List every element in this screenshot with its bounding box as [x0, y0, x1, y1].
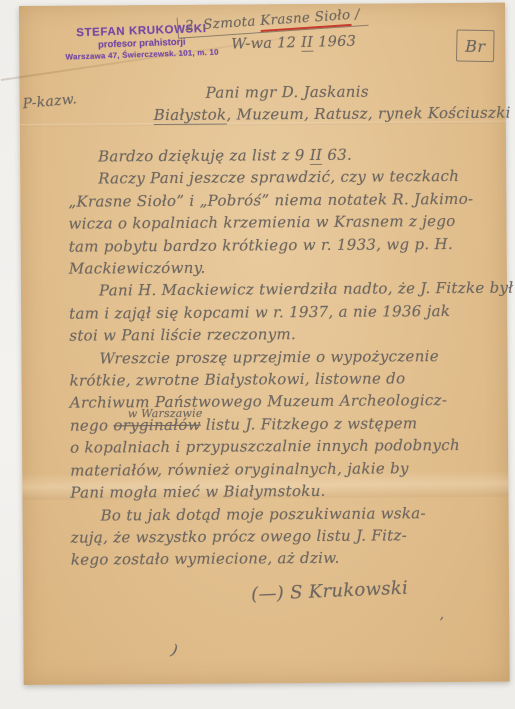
letter-line: Raczy Pani jeszcze sprawdzić, czy w tecz…: [68, 165, 498, 190]
letter-line: Bardzo dziękuję za list z 9 II 63.: [68, 143, 498, 168]
signature: (—) S Krukowski: [251, 578, 409, 606]
letter-line: Bo tu jak dotąd moje poszukiwania wska-: [70, 501, 500, 526]
letter-line: kego zostało wymiecione, aż dziw.: [71, 546, 501, 571]
stray-pencil-mark: ’: [439, 615, 444, 631]
letter-line: Pani mogła mieć w Białymstoku.: [70, 479, 500, 504]
subject-post: /: [350, 6, 361, 23]
date-annotation: W-wa 12 II 1963: [231, 34, 356, 53]
letter-line: tam i zajął się kopcami w r. 1937, a nie…: [69, 299, 499, 324]
addressee-name: Pani mgr D. Jaskanis: [206, 83, 369, 102]
letter-body: Bardzo dziękuję za list z 9 II 63. Raczy…: [68, 143, 501, 572]
subject-pre: 2. Szmota: [185, 13, 261, 34]
line-underlined: II: [310, 146, 323, 165]
letter-line: Wreszcie proszę uprzejmie o wypożyczenie: [69, 344, 499, 369]
line-text: nego: [70, 416, 114, 434]
letter-line: o kopalniach i przypuszczalnie innych po…: [70, 434, 500, 459]
corner-initials-box: Br: [456, 29, 495, 62]
addressee-location: Białystok, Muzeum, Ratusz, rynek Kościus…: [154, 104, 511, 124]
letter-line: „Krasne Sioło” i „Pobróś” niema notatek …: [68, 187, 498, 212]
inserted-correction: w Warszawie: [128, 403, 203, 426]
letter-line: krótkie, zwrotne Białystokowi, listowne …: [70, 367, 500, 392]
letter-line-with-insertion: nego oryginałów listu J. Fitzkego z wstę…: [70, 412, 500, 437]
margin-annotation: P-kazw.: [22, 91, 78, 112]
line-text: Bardzo dziękuję za list z 9: [98, 146, 310, 165]
addressee-location-rest: , Muzeum, Ratusz, rynek Kościuszki: [226, 104, 510, 124]
letter-line: tam pobytu bardzo krótkiego w r. 1933, w…: [69, 232, 499, 257]
letter-line: Pani H. Mackiewicz twierdziła nadto, że …: [69, 277, 499, 302]
corner-initials: Br: [465, 36, 485, 55]
letter-line: stoi w Pani liście rzeczonym.: [69, 322, 499, 347]
letter-line: zują, że wszystko prócz owego listu J. F…: [71, 524, 501, 549]
date-month-underlined: II: [301, 35, 313, 52]
letter-line: wicza o kopalniach krzemienia w Krasnem …: [68, 210, 498, 235]
letter-paper: STEFAN KRUKOWSKI profesor prahistorji Wa…: [19, 3, 510, 685]
stray-pencil-mark: ): [169, 640, 179, 659]
line-text: listu J. Fitzkego z wstępem: [201, 414, 418, 434]
subject-red-underlined: Krasne Sioło: [260, 7, 351, 32]
letter-line: Mackiewiczówny.: [69, 255, 499, 280]
letter-line: materiałów, również oryginalnych, jakie …: [70, 456, 500, 481]
date-pre: W-wa 12: [231, 35, 301, 53]
date-post: 1963: [313, 34, 356, 51]
line-text: 63.: [322, 146, 352, 164]
addressee-city-underlined: Białystok: [154, 106, 227, 126]
